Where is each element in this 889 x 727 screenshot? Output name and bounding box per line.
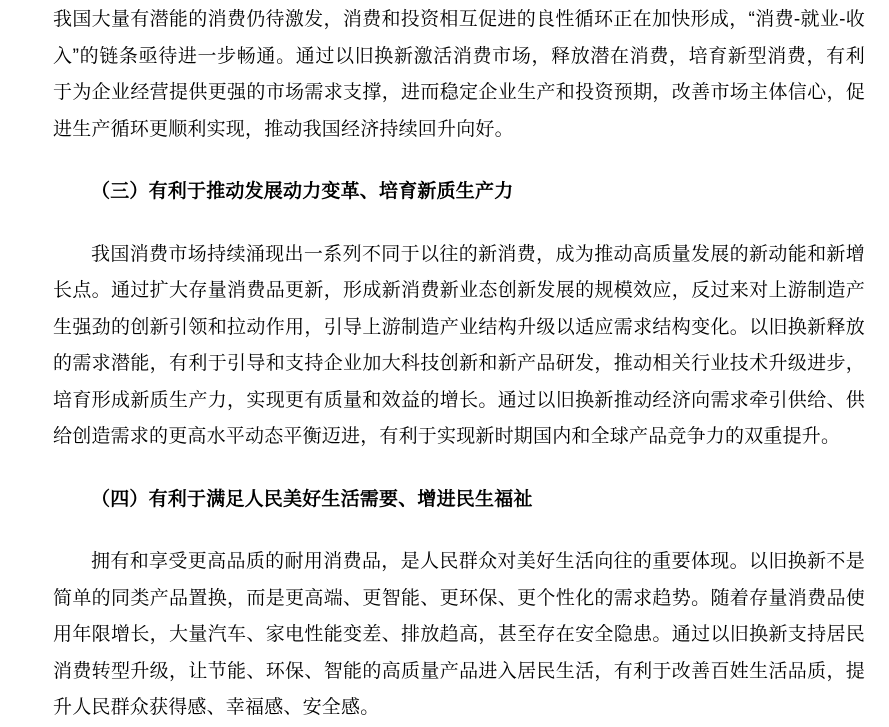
document-page: 我国大量有潜能的消费仍待激发，消费和投资相互促进的良性循环正在加快形成，“消费-… (0, 0, 889, 727)
body-paragraph-continuation: 我国大量有潜能的消费仍待激发，消费和投资相互促进的良性循环正在加快形成，“消费-… (53, 2, 865, 148)
section-heading-3: （三）有利于推动发展动力变革、培育新质生产力 (53, 174, 865, 211)
body-paragraph: 我国消费市场持续涌现出一系列不同于以往的新消费，成为推动高质量发展的新动能和新增… (53, 237, 865, 456)
section-heading-4: （四）有利于满足人民美好生活需要、增进民生福祉 (53, 482, 865, 519)
body-paragraph: 拥有和享受更高品质的耐用消费品，是人民群众对美好生活向往的重要体现。以旧换新不是… (53, 544, 865, 727)
